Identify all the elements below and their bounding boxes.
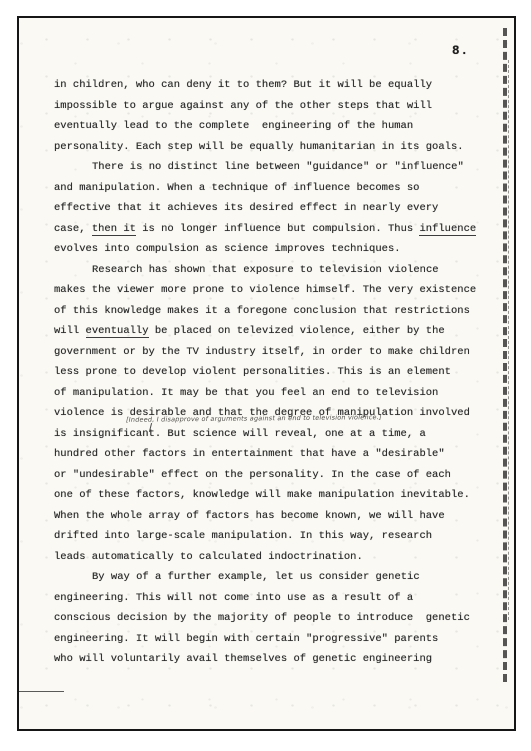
typewritten-line: and manipulation. When a technique of in…: [54, 178, 494, 199]
typewritten-line: eventually lead to the complete engineer…: [54, 116, 494, 137]
text-segment: is insignificant. But science will revea…: [54, 428, 426, 440]
page-number: 8.: [452, 44, 469, 58]
text-segment: personality. Each step will be equally h…: [54, 141, 464, 153]
binding-mark: [503, 28, 507, 682]
text-segment: of this knowledge makes it a foregone co…: [54, 305, 470, 317]
typewritten-line: in children, who can deny it to them? Bu…: [54, 75, 494, 96]
text-segment: leads automatically to calculated indoct…: [54, 551, 363, 563]
text-segment: engineering. This will not come into use…: [54, 592, 413, 604]
text-segment: be placed on televized violence, either …: [149, 325, 445, 337]
typewritten-line: of this knowledge makes it a foregone co…: [54, 301, 494, 322]
typewritten-line: When the whole array of factors has beco…: [54, 506, 494, 527]
typewritten-line: effective that it achieves its desired e…: [54, 198, 494, 219]
typewritten-line: evolves into compulsion as science impro…: [54, 239, 494, 260]
typewritten-line: case, then it is no longer influence but…: [54, 219, 494, 240]
text-segment: impossible to argue against any of the o…: [54, 100, 432, 112]
typewritten-line: or "undesirable" effect on the personali…: [54, 465, 494, 486]
text-segment: case,: [54, 223, 92, 235]
typewritten-line: drifted into large-scale manipulation. I…: [54, 526, 494, 547]
text-segment: eventually lead to the complete engineer…: [54, 120, 413, 132]
text-segment: evolves into compulsion as science impro…: [54, 243, 401, 255]
typewritten-line: who will voluntarily avail themselves of…: [54, 649, 494, 670]
typewritten-line: of manipulation. It may be that you feel…: [54, 383, 494, 404]
text-segment: is no longer influence but compulsion. T…: [136, 223, 420, 235]
text-segment: will: [54, 325, 86, 337]
text-segment: hundred other factors in entertainment t…: [54, 448, 445, 460]
text-segment: There is no distinct line between "guida…: [92, 161, 464, 173]
text-segment: drifted into large-scale manipulation. I…: [54, 530, 432, 542]
typewritten-line: conscious decision by the majority of pe…: [54, 608, 494, 629]
binding-mark-secondary: [508, 60, 509, 620]
typewritten-line: will eventually be placed on televized v…: [54, 321, 494, 342]
text-segment: in children, who can deny it to them? Bu…: [54, 79, 432, 91]
text-segment: effective that it achieves its desired e…: [54, 202, 438, 214]
scanned-document-page: { "page": { "number": "8." }, "annotatio…: [0, 0, 531, 751]
text-segment: and manipulation. When a technique of in…: [54, 182, 419, 194]
typewritten-line: personality. Each step will be equally h…: [54, 137, 494, 158]
text-segment: of manipulation. It may be that you feel…: [54, 387, 438, 399]
typewritten-line: less prone to develop violent personalit…: [54, 362, 494, 383]
fold-line: [19, 691, 64, 692]
typewritten-line: impossible to argue against any of the o…: [54, 96, 494, 117]
typewritten-line: engineering. It will begin with certain …: [54, 629, 494, 650]
text-segment: or "undesirable" effect on the personali…: [54, 469, 451, 481]
underlined-text: influence: [419, 223, 476, 236]
typewritten-line: is insignificant. But science will revea…: [54, 424, 494, 445]
text-segment: makes the viewer more prone to violence …: [54, 284, 476, 296]
text-segment: who will voluntarily avail themselves of…: [54, 653, 432, 665]
underlined-text: then it: [92, 223, 136, 236]
typewritten-line: There is no distinct line between "guida…: [54, 157, 494, 178]
text-segment: When the whole array of factors has beco…: [54, 510, 445, 522]
typewritten-line: leads automatically to calculated indoct…: [54, 547, 494, 568]
underlined-text: eventually: [86, 325, 149, 338]
typewritten-line: one of these factors, knowledge will mak…: [54, 485, 494, 506]
text-segment: By way of a further example, let us cons…: [92, 571, 420, 583]
typewritten-line: Research has shown that exposure to tele…: [54, 260, 494, 281]
text-segment: one of these factors, knowledge will mak…: [54, 489, 470, 501]
text-segment: Research has shown that exposure to tele…: [92, 264, 439, 276]
text-segment: government or by the TV industry itself,…: [54, 346, 470, 358]
text-segment: engineering. It will begin with certain …: [54, 633, 438, 645]
typewritten-line: engineering. This will not come into use…: [54, 588, 494, 609]
typewritten-text: in children, who can deny it to them? Bu…: [54, 75, 494, 670]
typewritten-line: By way of a further example, let us cons…: [54, 567, 494, 588]
typewritten-line: makes the viewer more prone to violence …: [54, 280, 494, 301]
text-segment: conscious decision by the majority of pe…: [54, 612, 470, 624]
typewritten-line: government or by the TV industry itself,…: [54, 342, 494, 363]
typewritten-line: hundred other factors in entertainment t…: [54, 444, 494, 465]
text-segment: less prone to develop violent personalit…: [54, 366, 451, 378]
